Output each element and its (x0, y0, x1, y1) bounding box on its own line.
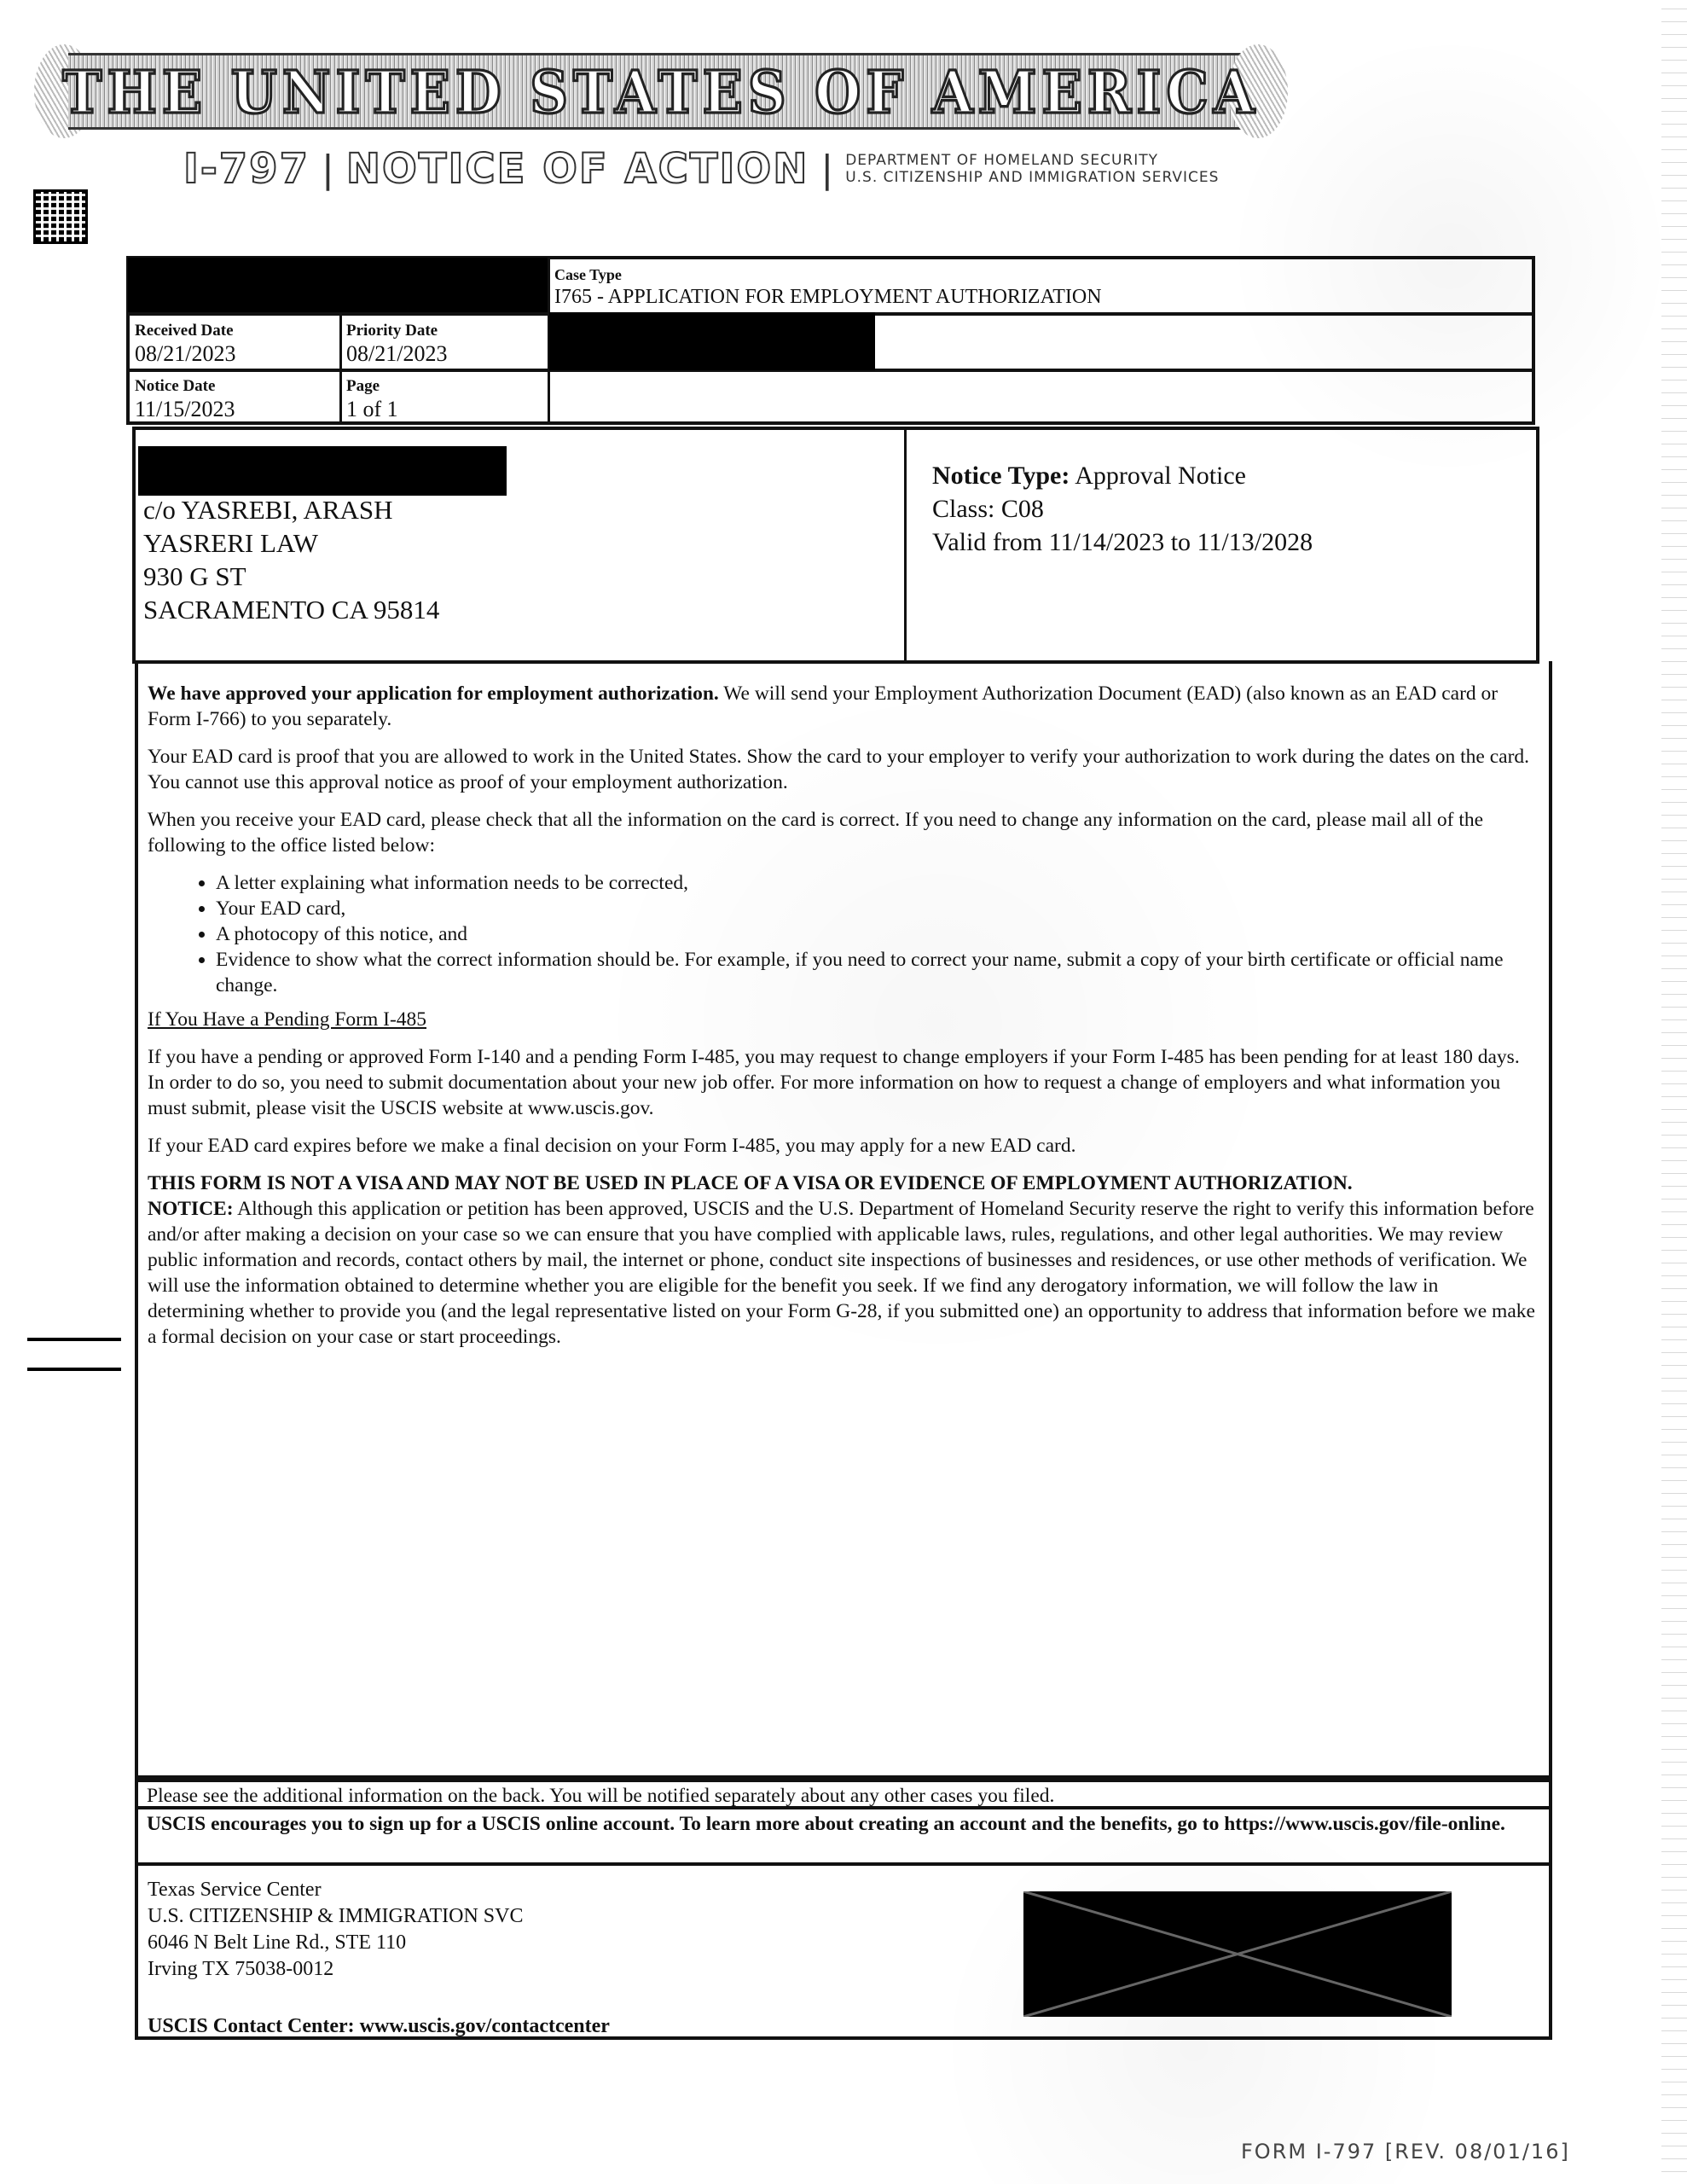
additional-info-row: Please see the additional information on… (135, 1779, 1552, 1809)
form-revision: FORM I-797 [REV. 08/01/16] (1241, 2140, 1570, 2164)
address-line: 930 G ST (143, 560, 439, 593)
ead-proof-paragraph: Your EAD card is proof that you are allo… (148, 744, 1538, 795)
fold-mark (27, 1368, 121, 1371)
service-center-address: Texas Service Center U.S. CITIZENSHIP & … (148, 1877, 523, 1983)
received-date-label: Received Date (135, 322, 234, 340)
received-date-value: 08/21/2023 (135, 341, 235, 367)
address-line: Irving TX 75038-0012 (148, 1956, 523, 1983)
address-line: 6046 N Belt Line Rd., STE 110 (148, 1930, 523, 1956)
notice-type-value: Approval Notice (1075, 462, 1246, 490)
form-title-line: I-797 | NOTICE OF ACTION | DEPARTMENT OF… (183, 145, 1219, 193)
approval-paragraph: We have approved your application for em… (148, 681, 1538, 732)
fold-mark (27, 1338, 121, 1341)
grid-line (126, 312, 549, 316)
case-type-label: Case Type (554, 266, 622, 284)
list-item: A letter explaining what information nee… (216, 870, 1538, 896)
notice-label: NOTICE: (148, 1198, 234, 1220)
address-line: SACRAMENTO CA 95814 (143, 593, 439, 626)
correction-paragraph: When you receive your EAD card, please c… (148, 807, 1538, 858)
notice-text: Although this application or petition ha… (148, 1198, 1535, 1348)
page-label: Page (346, 377, 380, 396)
grid-line (904, 427, 907, 664)
list-item: Your EAD card, (216, 896, 1538, 921)
title-separator: | (322, 148, 334, 191)
additional-info-text: Please see the additional information on… (147, 1785, 1054, 1807)
redacted-applicant-name (138, 446, 507, 496)
pending-i485-paragraph: If you have a pending or approved Form I… (148, 1044, 1538, 1121)
mailing-address: c/o YASREBI, ARASH YASRERI LAW 930 G ST … (143, 493, 439, 626)
class-line: Class: C08 (932, 492, 1313, 526)
redacted-beneficiary (549, 312, 875, 370)
list-item: Evidence to show what the correct inform… (216, 947, 1538, 998)
notice-type-line: Notice Type: Approval Notice (932, 459, 1313, 492)
address-line: U.S. CITIZENSHIP & IMMIGRATION SVC (148, 1903, 523, 1930)
notice-type-label: Notice Type: (932, 462, 1070, 490)
not-a-visa-warning: THIS FORM IS NOT A VISA AND MAY NOT BE U… (148, 1170, 1538, 1196)
agency-line-1: DEPARTMENT OF HOMELAND SECURITY (845, 152, 1219, 169)
notice-body: We have approved your application for em… (148, 681, 1538, 1362)
address-line: c/o YASREBI, ARASH (143, 493, 439, 526)
validity-line: Valid from 11/14/2023 to 11/13/2028 (932, 526, 1313, 559)
list-item: A photocopy of this notice, and (216, 921, 1538, 947)
priority-date-label: Priority Date (346, 322, 438, 340)
agency-line-2: U.S. CITIZENSHIP AND IMMIGRATION SERVICE… (845, 169, 1219, 186)
redacted-receipt-number (128, 258, 549, 314)
notice-summary: Notice Type: Approval Notice Class: C08 … (932, 459, 1313, 559)
banner: THE UNITED STATES OF AMERICA (34, 49, 1288, 133)
form-number: I-797 (183, 145, 310, 193)
page-value: 1 of 1 (346, 397, 398, 422)
address-line: Texas Service Center (148, 1877, 523, 1903)
scan-edge-texture (1661, 0, 1687, 2184)
online-account-text: USCIS encourages you to sign up for a US… (147, 1813, 1505, 1835)
datamatrix-barcode (36, 192, 85, 241)
correction-items-list: A letter explaining what information nee… (148, 870, 1538, 998)
approval-lead: We have approved your application for em… (148, 682, 719, 705)
notice-date-label: Notice Date (135, 377, 215, 396)
contact-center: USCIS Contact Center: www.uscis.gov/cont… (148, 2015, 610, 2038)
form-title: NOTICE OF ACTION (346, 145, 809, 193)
agency-name: DEPARTMENT OF HOMELAND SECURITY U.S. CIT… (845, 152, 1219, 186)
redacted-barcode (1023, 1891, 1452, 2017)
online-account-row: USCIS encourages you to sign up for a US… (135, 1806, 1552, 1866)
verification-notice: NOTICE: Although this application or pet… (148, 1196, 1538, 1350)
ead-expiry-paragraph: If your EAD card expires before we make … (148, 1133, 1538, 1159)
title-separator: | (820, 148, 833, 191)
case-type-value: I765 - APPLICATION FOR EMPLOYMENT AUTHOR… (554, 286, 1102, 309)
priority-date-value: 08/21/2023 (346, 341, 447, 367)
banner-title: THE UNITED STATES OF AMERICA (34, 58, 1288, 126)
notice-date-value: 11/15/2023 (135, 397, 235, 422)
redaction-x-icon (1023, 1891, 1452, 2017)
section-heading: If You Have a Pending Form I-485 (148, 1007, 1538, 1032)
address-line: YASRERI LAW (143, 526, 439, 560)
